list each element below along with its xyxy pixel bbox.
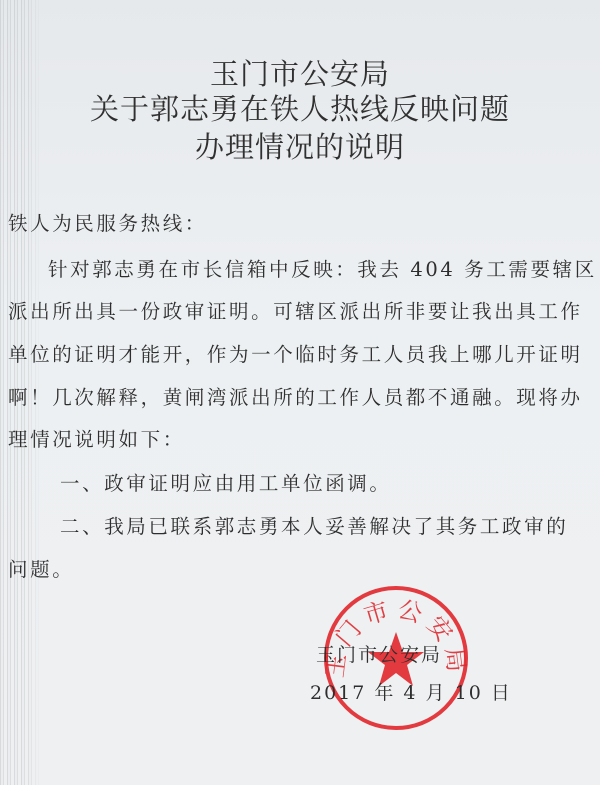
paragraph-line-1: 针对郭志勇在市长信箱中反映：我去 404 务工需要辖区 [48,258,528,282]
paragraph-line-2: 派出所出具一份政审证明。可辖区派出所非要让我出具工作 [8,300,488,324]
title-issuer: 玉门市公安局 [0,56,600,92]
item-2: 二、我局已联系郭志勇本人妥善解决了其务工政审的 [60,515,540,539]
item-2-cont: 问题。 [8,558,488,582]
title-subject-cont: 办理情况的说明 [0,129,600,165]
title-subject: 关于郭志勇在铁人热线反映问题 [0,91,600,127]
scanned-paper: 玉门市公安局 关于郭志勇在铁人热线反映问题 办理情况的说明 铁人为民服务热线： … [0,0,600,785]
paragraph-line-5: 理情况说明如下： [8,428,488,452]
paragraph-line-3: 单位的证明才能开，作为一个临时务工人员我上哪儿开证明 [8,343,488,367]
signature-date: 2017 年 4 月 10 日 [310,678,512,705]
salutation: 铁人为民服务热线： [8,212,488,236]
signature-org: 玉门市公安局 [316,640,442,667]
paragraph-line-4: 啊！几次解释，黄闸湾派出所的工作人员都不通融。现将办 [8,386,488,410]
item-1: 一、政审证明应由用工单位函调。 [60,472,540,496]
